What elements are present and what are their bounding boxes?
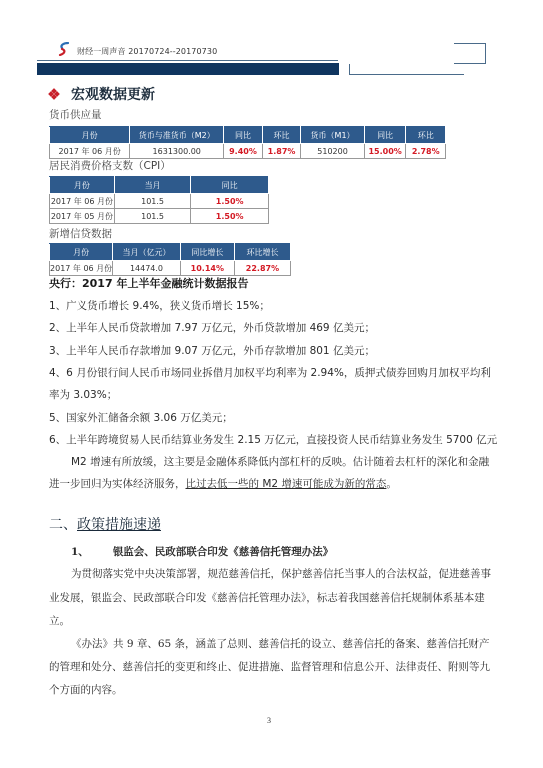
table-header-row: 月份 当月（亿元） 同比增长 环比增长 [50, 244, 291, 261]
report-item-4-cont: 率为 3.03%； [49, 387, 117, 402]
credit-table: 月份 当月（亿元） 同比增长 环比增长 2017 年 06 月份 14474.0… [49, 243, 291, 276]
cell-m2: 1631300.00 [130, 144, 224, 159]
report-item-2: 2、上半年人民币贷款增加 7.97 万亿元，外币贷款增加 469 亿美元； [49, 320, 375, 335]
cell-current: 14474.0 [113, 261, 181, 276]
policy-para1-line2: 业发展，银监会、民政部联合印发《慈善信托管理办法》，标志着我国慈善信托规制体系基… [49, 590, 485, 605]
report-item-6: 6、上半年跨境贸易人民币结算业务发生 2.15 万亿元，直接投资人民币结算业务发… [49, 432, 497, 447]
money-supply-table: 月份 货币与准货币（M2） 同比 环比 货币（M1） 同比 环比 2017 年 … [49, 126, 446, 159]
cpi-subtitle: 居民消费价格支数（CPI） [49, 158, 171, 173]
header-decor-bracket-lower [349, 64, 464, 75]
column-header: 货币与准货币（M2） [130, 127, 224, 144]
cell-m1-yoy: 15.00% [364, 144, 406, 159]
cell-m2-yoy: 9.40% [224, 144, 263, 159]
column-header: 月份 [50, 127, 130, 144]
red-diamond-cluster-icon [49, 89, 59, 99]
report-item-5: 5、国家外汇储备余额 3.06 万亿美元； [49, 410, 233, 425]
cell-mom: 22.87% [234, 261, 290, 276]
cell-month: 2017 年 06 月份 [50, 144, 130, 159]
column-header: 同比增长 [180, 244, 234, 261]
policy-para1-line1: 为贯彻落实党中央决策部署，规范慈善信托，保护慈善信托当事人的合法权益，促进慈善事 [71, 566, 491, 581]
item-number: 1、 [71, 546, 89, 558]
comment-text: 进一步回归为实体经济服务， [49, 478, 186, 490]
header-decor-bracket [454, 43, 486, 64]
cpi-table: 月份 当月 同比 2017 年 06 月份 101.5 1.50% 2017 年… [49, 176, 269, 224]
column-header: 环比增长 [234, 244, 290, 261]
cell-m1-mom: 2.78% [406, 144, 446, 159]
money-supply-subtitle: 货币供应量 [49, 107, 102, 122]
swoosh-logo-icon [58, 41, 70, 55]
table-row: 2017 年 06 月份 101.5 1.50% [50, 194, 269, 209]
column-header: 同比 [364, 127, 406, 144]
section-title-text: 宏观数据更新 [71, 84, 155, 104]
policy-para2-line3: 个方面的内容。 [49, 682, 123, 697]
section-title-macro: 宏观数据更新 [49, 84, 155, 104]
item-title: 银监会、民政部联合印发《慈善信托管理办法》 [113, 546, 334, 558]
column-header: 同比 [224, 127, 263, 144]
table-header-row: 月份 当月 同比 [50, 177, 269, 194]
table-row: 2017 年 06 月份 1631300.00 9.40% 1.87% 5102… [50, 144, 446, 159]
table-row: 2017 年 05 月份 101.5 1.50% [50, 209, 269, 224]
table-header-row: 月份 货币与准货币（M2） 同比 环比 货币（M1） 同比 环比 [50, 127, 446, 144]
column-header: 环比 [262, 127, 301, 144]
cell-month: 2017 年 06 月份 [50, 194, 115, 209]
policy-para1-line3: 立。 [49, 613, 70, 628]
comment-line-1: M2 增速有所放缓，这主要是金融体系降低内部杠杆的反映。估计随着去杠杆的深化和金… [71, 454, 489, 469]
cell-yoy: 1.50% [191, 209, 269, 224]
report-heading: 央行：2017 年上半年金融统计数据报告 [49, 275, 248, 291]
column-header: 货币（M1） [301, 127, 365, 144]
cell-month: 2017 年 06 月份 [50, 261, 113, 276]
credit-subtitle: 新增信贷数据 [49, 226, 112, 241]
page-number: 3 [267, 716, 271, 725]
header-title: 财经一周声音 20170724--20170730 [77, 46, 217, 57]
cell-current: 101.5 [114, 194, 191, 209]
policy-para2-line2: 的管理和处分、慈善信托的变更和终止、促进措施、监督管理和信息公开、法律责任、附则… [49, 659, 490, 674]
column-header: 月份 [50, 244, 113, 261]
cell-yoy: 1.50% [191, 194, 269, 209]
cell-m2-mom: 1.87% [262, 144, 301, 159]
section-title-policy: 二、政策措施速递 [49, 514, 161, 534]
cell-m1: 510200 [301, 144, 365, 159]
comment-underlined: 比过去低一些的 M2 增速可能成为新的常态 [186, 478, 387, 490]
cell-current: 101.5 [114, 209, 191, 224]
report-item-3: 3、上半年人民币存款增加 9.07 万亿元，外币存款增加 801 亿美元； [49, 343, 375, 358]
policy-para2-line1: 《办法》共 9 章、65 条，涵盖了总则、慈善信托的设立、慈善信托的备案、慈善信… [71, 636, 490, 651]
section-prefix: 二、 [49, 517, 77, 533]
policy-item-heading: 1、银监会、民政部联合印发《慈善信托管理办法》 [71, 544, 333, 559]
table-row: 2017 年 06 月份 14474.0 10.14% 22.87% [50, 261, 291, 276]
column-header: 同比 [191, 177, 269, 194]
column-header: 月份 [50, 177, 115, 194]
column-header: 当月 [114, 177, 191, 194]
section-title-text: 政策措施速递 [77, 517, 161, 533]
comment-line-2: 进一步回归为实体经济服务，比过去低一些的 M2 增速可能成为新的常态。 [49, 476, 397, 491]
report-item-4: 4、6 月份银行间人民币市场同业拆借月加权平均利率为 2.94%，质押式债券回购… [49, 365, 491, 380]
column-header: 环比 [406, 127, 446, 144]
cell-yoy: 10.14% [180, 261, 234, 276]
header-bar [37, 63, 339, 75]
report-item-1: 1、广义货币增长 9.4%，狭义货币增长 15%； [49, 298, 270, 313]
comment-end: 。 [386, 478, 397, 490]
column-header: 当月（亿元） [113, 244, 181, 261]
header-rule [37, 60, 338, 61]
cell-month: 2017 年 05 月份 [50, 209, 115, 224]
